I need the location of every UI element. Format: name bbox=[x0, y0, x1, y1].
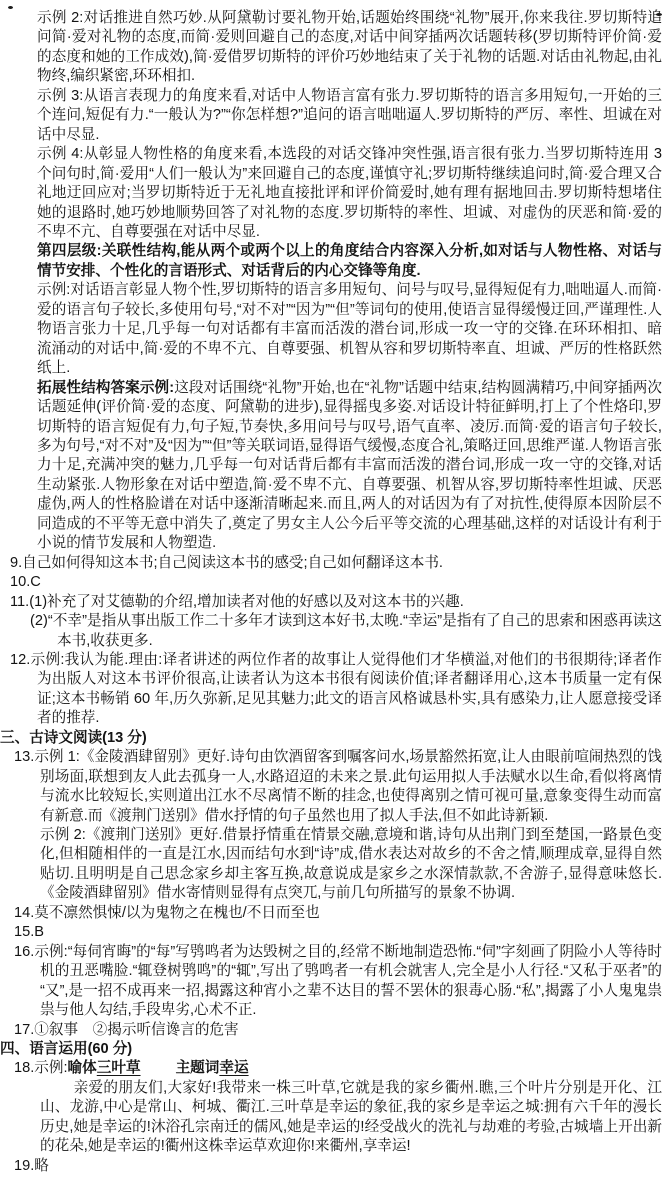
paragraph-label: 第四层级: bbox=[37, 243, 102, 259]
answer-key-page: 示例 2:对话推进自然巧妙.从阿黛勒讨要礼物开始,话题始终围绕“礼物”展开,你来… bbox=[0, 0, 667, 1190]
paragraph-level-4: 第四层级:关联性结构,能从两个或两个以上的角度结合内容深入分析,如对话与人物性格… bbox=[37, 242, 662, 281]
answer-item-12: 12.示例:我认为能.理由:译者讲述的两位作者的故事让人觉得他们才华横溢,对他们… bbox=[0, 651, 662, 729]
item-number: 16. bbox=[14, 944, 34, 960]
paragraph-example-dialogue: 示例:对话语言彰显人物个性,罗切斯特的语言多用短句、问号与叹号,显得短促有力,咄… bbox=[37, 281, 662, 378]
paragraph-text: 示例:对话语言彰显人物个性,罗切斯特的语言多用短句、问号与叹号,显得短促有力,咄… bbox=[37, 282, 662, 376]
item-text: B bbox=[34, 924, 44, 940]
metaphor-label: 喻体 bbox=[68, 1060, 97, 1076]
answer-item-15: 15.B bbox=[0, 923, 662, 942]
section-heading-language-use: 四、语言运用(60 分) bbox=[0, 1040, 662, 1059]
answer-item-11-sub-2: (2)“不幸”是指从事出版工作二十多年才读到这本好书,太晚.“幸运”是指有了自己… bbox=[0, 612, 662, 651]
answer-item-13: 13.示例 1:《金陵酒肆留别》更好.诗句由饮酒留客到嘱客问水,场景豁然拓宽,让… bbox=[0, 748, 662, 826]
item-text: 示例:“每伺宵晦”的“每”写鸮鸣者为达毁树之目的,经常不断地制造恐怖.“伺”字刻… bbox=[34, 944, 662, 1018]
answer-item-18-speech: 亲爱的朋友们,大家好!我带来一株三叶草,它就是我的家乡衢州.瞧,三个叶片分别是开… bbox=[40, 1079, 662, 1157]
item-text: 略 bbox=[34, 1158, 49, 1174]
item-text: 示例 1:《金陵酒肆留别》更好.诗句由饮酒留客到嘱客问水,场景豁然拓宽,让人由眼… bbox=[34, 749, 662, 823]
item-number: 14. bbox=[14, 905, 34, 921]
paragraph-extended-structure: 拓展性结构答案示例:这段对话围绕“礼物”开始,也在“礼物”话题中结束,结构圆满精… bbox=[37, 379, 662, 554]
item-number: 17. bbox=[14, 1022, 34, 1038]
item-number: 19. bbox=[14, 1158, 34, 1174]
paragraph-text: 这段对话围绕“礼物”开始,也在“礼物”话题中结束,结构圆满精巧,中间穿插两次话题… bbox=[37, 380, 662, 552]
scan-speckle bbox=[656, 13, 662, 16]
paragraph-example-4: 示例 4:从彰显人物性格的角度来看,本选段的对话交锋冲突性强,语言很有张力.当罗… bbox=[37, 145, 662, 242]
answer-item-17: 17.①叙事 ②揭示听信谗言的危害 bbox=[0, 1021, 662, 1040]
item-number: 12. bbox=[10, 652, 30, 668]
item-text: (2)“不幸”是指从事出版工作二十多年才读到这本好书,太晚.“幸运”是指有了自己… bbox=[30, 613, 662, 648]
paragraph-text: 关联性结构,能从两个或两个以上的角度结合内容深入分析,如对话与人物性格、对话与情… bbox=[37, 243, 662, 278]
metaphor-value: 三叶草 bbox=[97, 1060, 141, 1076]
item-label: 示例: bbox=[34, 1060, 67, 1076]
item-number: 15. bbox=[14, 924, 34, 940]
answer-item-19: 19.略 bbox=[0, 1157, 662, 1176]
answer-item-16: 16.示例:“每伺宵晦”的“每”写鸮鸣者为达毁树之目的,经常不断地制造恐怖.“伺… bbox=[0, 943, 662, 1021]
paragraph-example-3: 示例 3:从语言表现力的角度来看,对话中人物语言富有张力.罗切斯特的语言多用短句… bbox=[37, 87, 662, 145]
paragraph-example-2: 示例 2:对话推进自然巧妙.从阿黛勒讨要礼物开始,话题始终围绕“礼物”展开,你来… bbox=[37, 9, 662, 87]
item-number: 13. bbox=[14, 749, 34, 765]
paragraph-text: 示例 4:从彰显人物性格的角度来看,本选段的对话交锋冲突性强,语言很有张力.当罗… bbox=[37, 146, 662, 240]
theme-value: 幸运 bbox=[219, 1060, 248, 1076]
item-number: 18. bbox=[14, 1060, 34, 1076]
item-text: 示例 2:《渡荆门送别》更好.借景抒情重在情景交融,意境和谐,诗句从出荆门到至楚… bbox=[40, 827, 662, 901]
item-text: 莫不凛然惧悚/以为鬼物之在槐也/不日而至也 bbox=[34, 905, 319, 921]
answer-item-18: 18.示例:喻体三叶草主题词幸运 bbox=[0, 1059, 662, 1078]
item-text: 自己如何得知这本书;自己阅读这本书的感受;自己如何翻译这本书. bbox=[22, 555, 443, 571]
item-text: (1)补充了对艾德勒的介绍,增加读者对他的好感以及对这本书的兴趣. bbox=[29, 594, 464, 610]
answer-item-9: 9.自己如何得知这本书;自己阅读这本书的感受;自己如何翻译这本书. bbox=[0, 554, 662, 573]
answer-item-13-example-2: 示例 2:《渡荆门送别》更好.借景抒情重在情景交融,意境和谐,诗句从出荆门到至楚… bbox=[40, 826, 662, 904]
answer-item-11: 11.(1)补充了对艾德勒的介绍,增加读者对他的好感以及对这本书的兴趣. bbox=[0, 593, 662, 612]
item-number: 9. bbox=[10, 555, 22, 571]
section-heading-ancient-poetry: 三、古诗文阅读(13 分) bbox=[0, 729, 662, 748]
item-number: 10. bbox=[10, 574, 30, 590]
scan-speckle bbox=[8, 6, 13, 9]
paragraph-text: 示例 2:对话推进自然巧妙.从阿黛勒讨要礼物开始,话题始终围绕“礼物”展开,你来… bbox=[37, 10, 662, 84]
paragraph-label: 拓展性结构答案示例: bbox=[37, 380, 174, 396]
item-text: 示例:我认为能.理由:译者讲述的两位作者的故事让人觉得他们才华横溢,对他们的书很… bbox=[30, 652, 662, 726]
item-number: 11. bbox=[10, 594, 29, 610]
item-text: 亲爱的朋友们,大家好!我带来一株三叶草,它就是我的家乡衢州.瞧,三个叶片分别是开… bbox=[40, 1080, 662, 1154]
theme-label: 主题词 bbox=[176, 1060, 220, 1076]
paragraph-text: 示例 3:从语言表现力的角度来看,对话中人物语言富有张力.罗切斯特的语言多用短句… bbox=[37, 88, 662, 143]
item-text: ①叙事 ②揭示听信谗言的危害 bbox=[34, 1022, 238, 1038]
answer-item-10: 10.C bbox=[0, 573, 662, 592]
answer-item-14: 14.莫不凛然惧悚/以为鬼物之在槐也/不日而至也 bbox=[0, 904, 662, 923]
item-text: C bbox=[30, 574, 41, 590]
